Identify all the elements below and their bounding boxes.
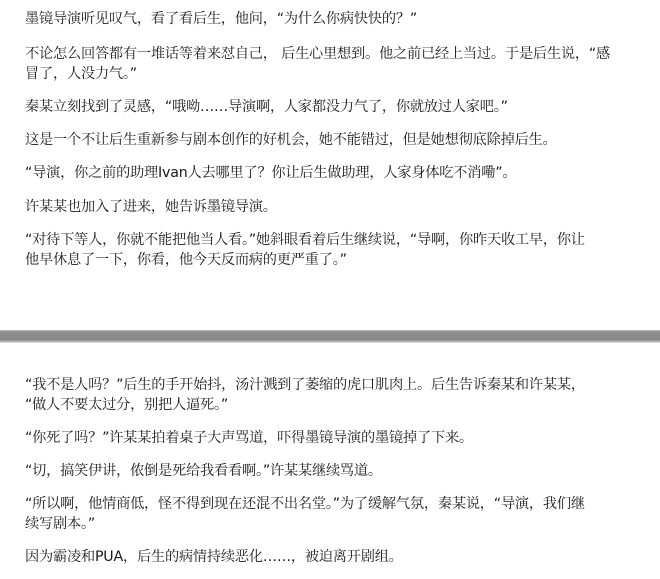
- paragraph: 墨镜导演听见叹气，看了看后生，他问，“为什么你病快快的？”: [25, 9, 645, 29]
- paragraph: “我不是人吗？”后生的手开始抖，汤汁溅到了萎缩的虎口肌肉上。后生告诉秦某和许某某…: [25, 375, 645, 415]
- paragraph: “你死了吗？”许某某拍着桌子大声骂道，吓得墨镜导演的墨镜掉了下来。: [25, 428, 645, 448]
- paragraph: 不论怎么回答都有一堆话等着来怼自己， 后生心里想到。他之前已经上当过。于是后生说…: [25, 44, 645, 84]
- paragraph: 因为霸凌和PUA，后生的病情持续恶化……，被迫离开剧组。: [25, 547, 645, 567]
- paragraph: “切，搞笑伊讲，侬倒是死给我看看啊。”许某某继续骂道。: [25, 461, 645, 481]
- document-page-top: 墨镜导演听见叹气，看了看后生，他问，“为什么你病快快的？” 不论怎么回答都有一堆…: [0, 0, 660, 330]
- document-page-bottom: “我不是人吗？”后生的手开始抖，汤汁溅到了萎缩的虎口肌肉上。后生告诉秦某和许某某…: [0, 343, 660, 579]
- paragraph: 秦某立刻找到了灵感，“哦呦……导演啊，人家都没力气了，你就放过人家吧。”: [25, 97, 645, 117]
- paragraph: “对待下等人，你就不能把他当人看。”她斜眼看着后生继续说，“导啊，你昨天收工早，…: [25, 230, 645, 270]
- paragraph: “所以啊，他情商低，怪不得到现在还混不出名堂。”为了缓解气氛，秦某说，“导演，我…: [25, 494, 645, 534]
- paragraph: “导演，你之前的助理Ivan人去哪里了？你让后生做助理，人家身体吃不消嘞”。: [25, 163, 645, 183]
- paragraph: 这是一个不让后生重新参与剧本创作的好机会，她不能错过，但是她想彻底除掉后生。: [25, 130, 645, 150]
- page-separator: [0, 330, 660, 343]
- paragraph: 许某某也加入了进来，她告诉墨镜导演。: [25, 197, 645, 217]
